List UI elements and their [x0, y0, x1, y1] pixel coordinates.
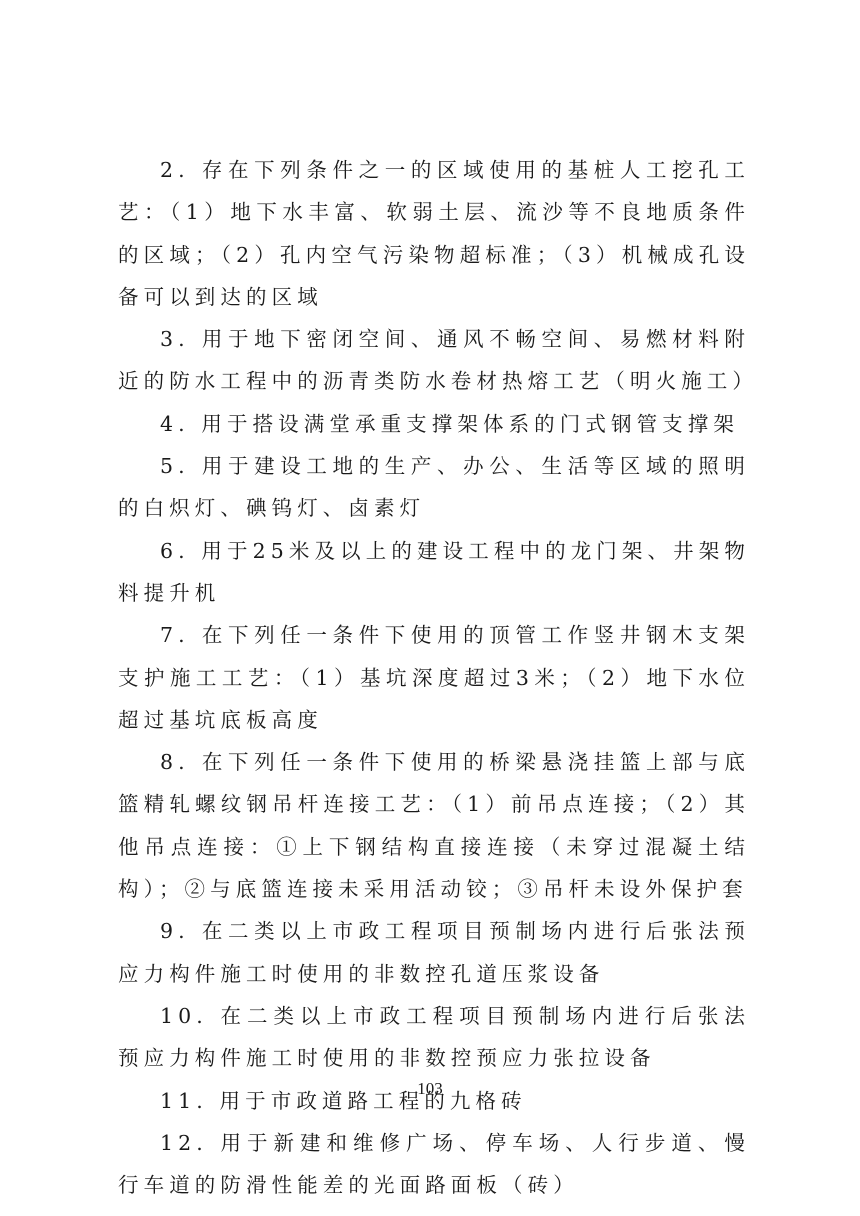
list-item-10: 10. 在二类以上市政工程项目预制场内进行后张法预应力构件施工时使用的非数控预应…: [118, 995, 750, 1080]
list-item-8: 8. 在下列任一条件下使用的桥梁悬浇挂篮上部与底篮精轧螺纹钢吊杆连接工艺：（1）…: [118, 741, 750, 910]
list-item-6: 6. 用于25米及以上的建设工程中的龙门架、井架物料提升机: [118, 530, 750, 615]
document-page: 2. 存在下列条件之一的区域使用的基桩人工挖孔工艺：（1）地下水丰富、软弱土层、…: [0, 0, 860, 1216]
list-item-9: 9. 在二类以上市政工程项目预制场内进行后张法预应力构件施工时使用的非数控孔道压…: [118, 910, 750, 995]
list-item-4: 4. 用于搭设满堂承重支撑架体系的门式钢管支撑架: [118, 403, 750, 445]
list-item-3: 3. 用于地下密闭空间、通风不畅空间、易燃材料附近的防水工程中的沥青类防水卷材热…: [118, 318, 750, 403]
list-item-12: 12. 用于新建和维修广场、停车场、人行步道、慢行车道的防滑性能差的光面路面板（…: [118, 1122, 750, 1207]
page-number: 103: [0, 1079, 860, 1099]
list-item-7: 7. 在下列任一条件下使用的顶管工作竖井钢木支架支护施工工艺：（1）基坑深度超过…: [118, 614, 750, 741]
list-item-5: 5. 用于建设工地的生产、办公、生活等区域的照明的白炽灯、碘钨灯、卤素灯: [118, 445, 750, 530]
list-item-2: 2. 存在下列条件之一的区域使用的基桩人工挖孔工艺：（1）地下水丰富、软弱土层、…: [118, 149, 750, 318]
body-text: 2. 存在下列条件之一的区域使用的基桩人工挖孔工艺：（1）地下水丰富、软弱土层、…: [118, 149, 750, 1206]
